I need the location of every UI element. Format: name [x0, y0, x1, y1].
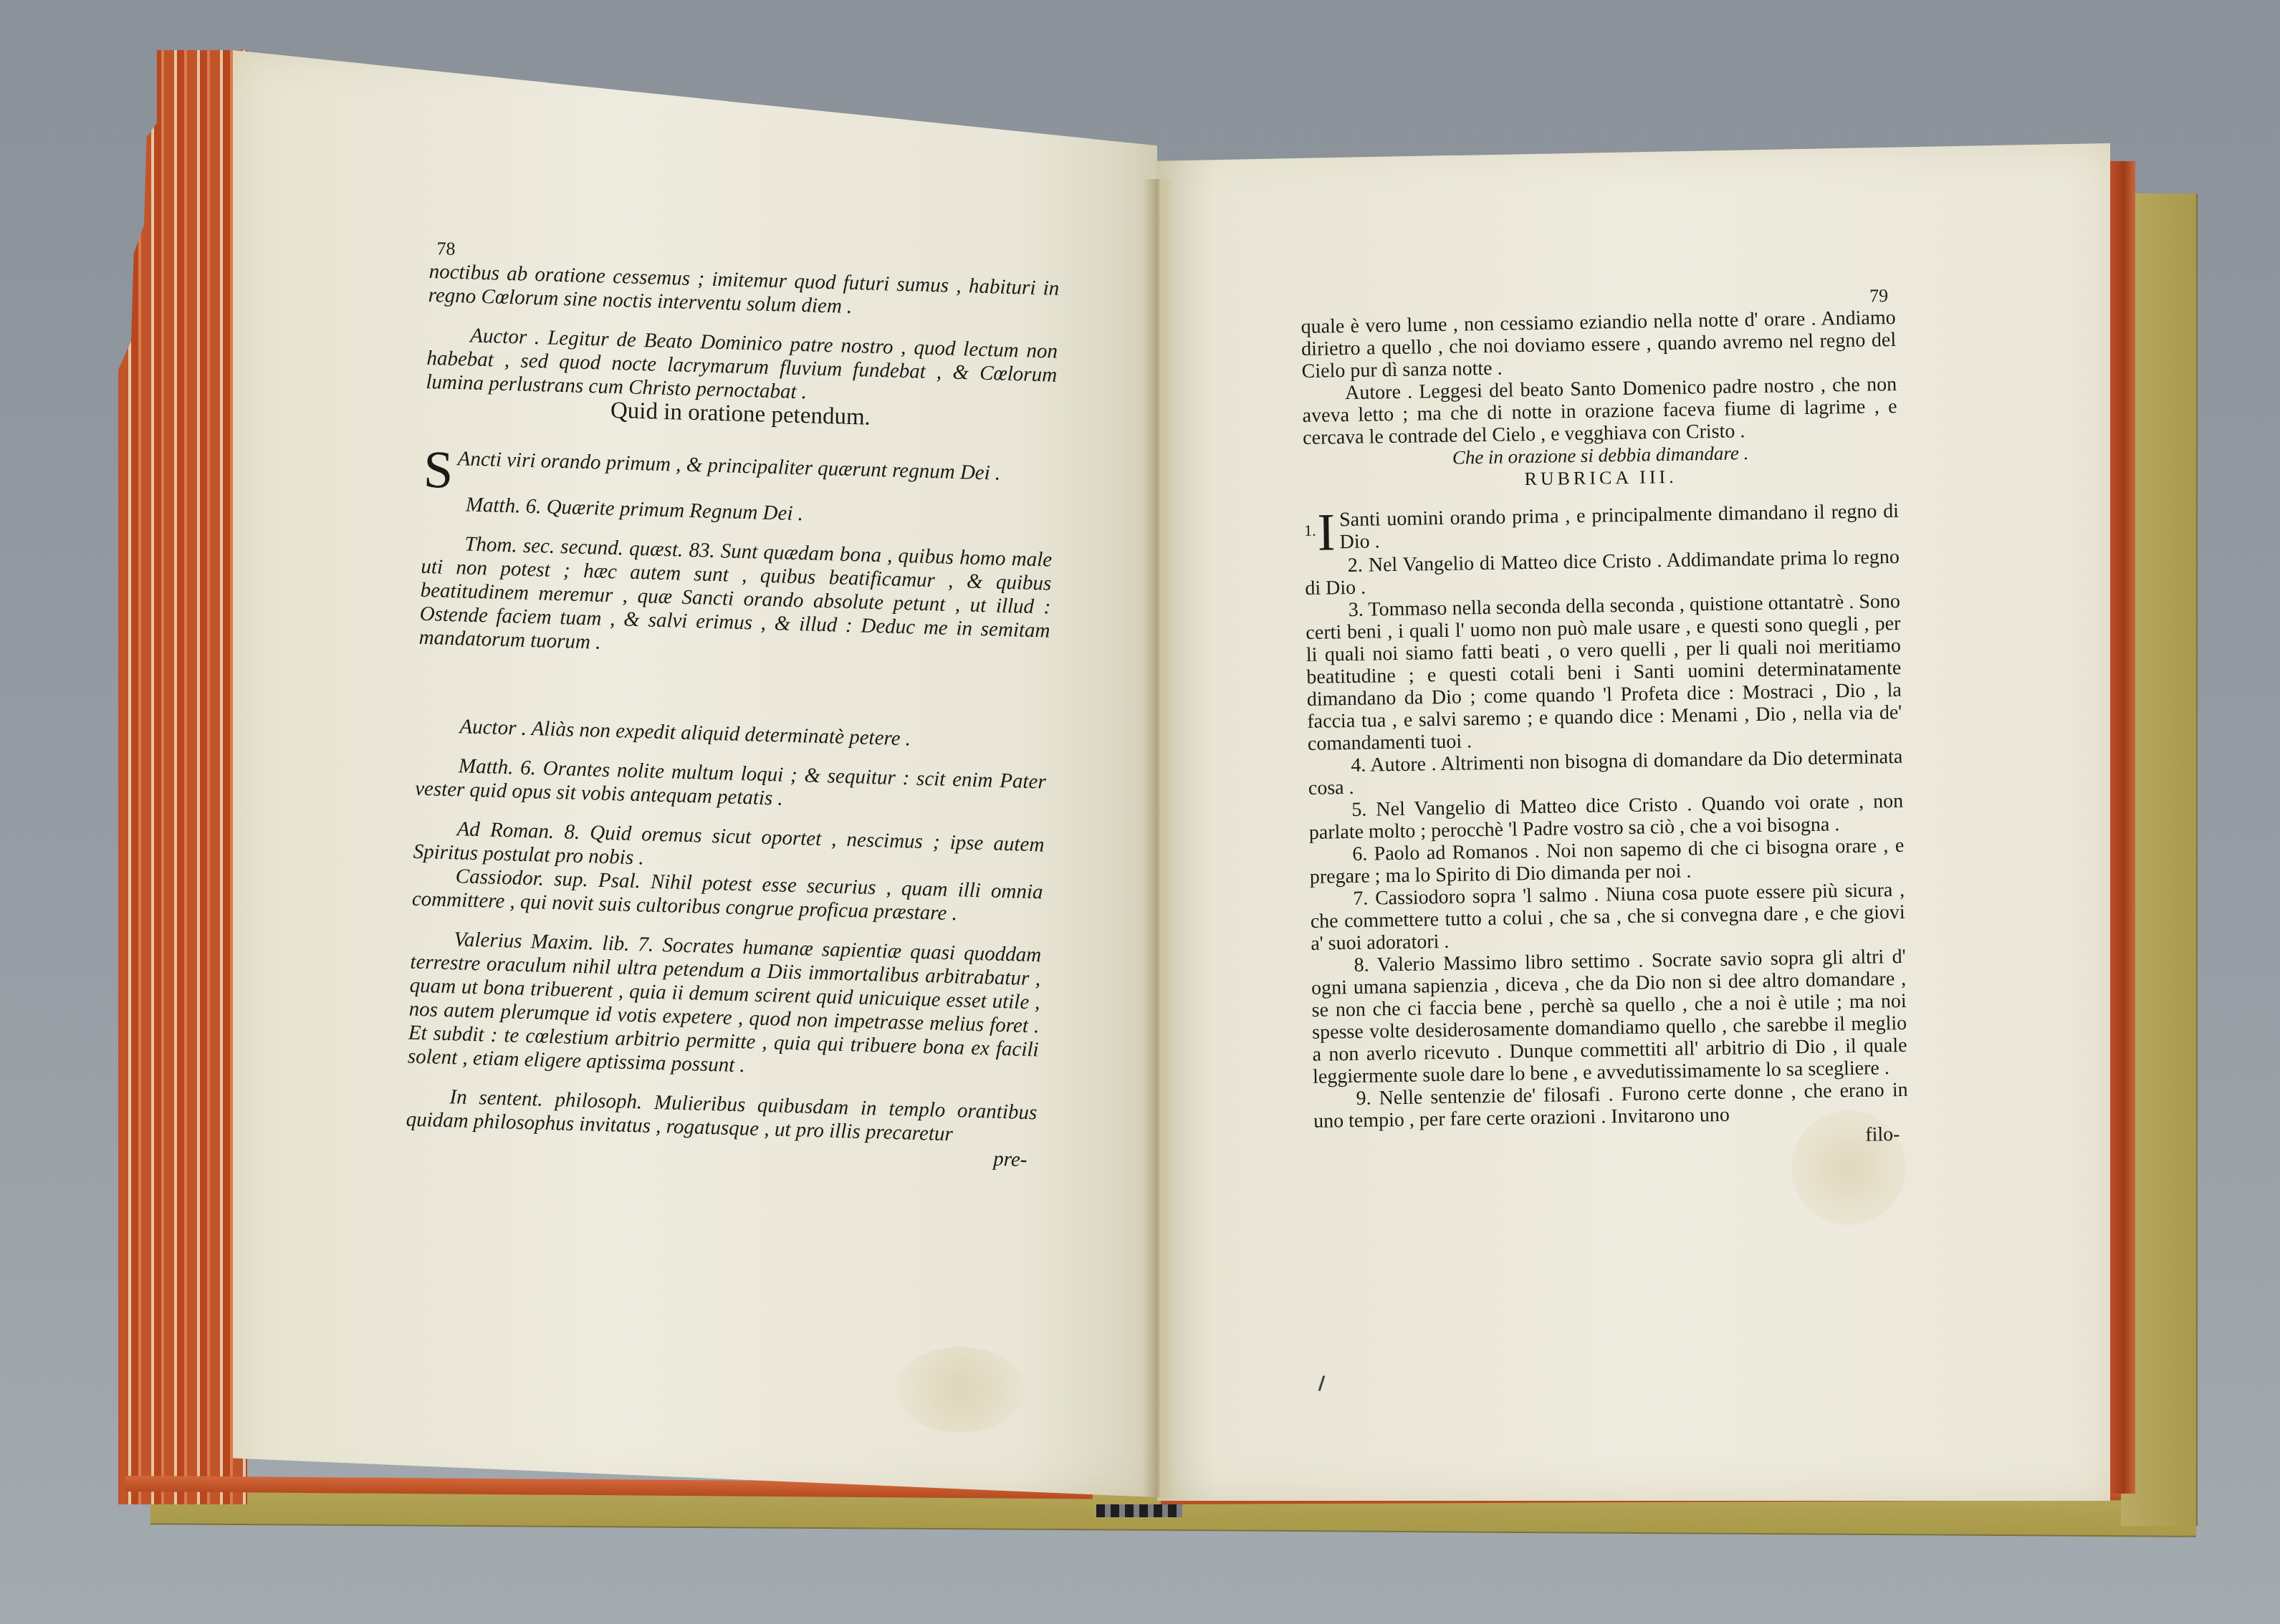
page-edges-left: [118, 50, 247, 1504]
book-gutter: [1143, 179, 1175, 1497]
paragraph: Autore . Leggesi del beato Santo Domenic…: [1302, 373, 1897, 449]
citation: Auctor . Aliàs non expedit aliquid deter…: [416, 714, 1048, 755]
citation: Valerius Maxim. lib. 7. Socrates humanæ …: [408, 927, 1042, 1086]
page-edges-right: [2107, 161, 2135, 1494]
spine-headband: [1096, 1504, 1182, 1517]
drop-cap: S: [423, 448, 454, 493]
citation: Matth. 6. Orantes nolite multum loqui ; …: [415, 754, 1046, 818]
foxing-stain: [896, 1347, 1025, 1433]
right-page-text: 79 quale è vero lume , non cessiamo ezia…: [1301, 284, 1909, 1155]
left-page-text: 78 noctibus ab oratione cessemus ; imite…: [405, 236, 1060, 1172]
citation: Thom. sec. secund. quæst. 83. Sunt quæda…: [418, 532, 1052, 667]
paragraph-number: 1.: [1304, 519, 1316, 542]
paragraph: quale è vero lume , non cessiamo eziandi…: [1301, 307, 1896, 383]
numbered-item: 3. Tommaso nella seconda della seconda ,…: [1306, 590, 1902, 755]
drop-cap: I: [1317, 510, 1336, 554]
numbered-item: 7. Cassiodoro sopra 'l salmo . Niuna cos…: [1310, 879, 1905, 955]
opening-text: Santi uomini orando prima , e principalm…: [1339, 500, 1900, 553]
opening-text: Ancti viri orando primum , & principalit…: [457, 447, 1000, 485]
numbered-item: 8. Valerio Massimo libro settimo . Socra…: [1311, 946, 1907, 1088]
open-book: 78 noctibus ab oratione cessemus ; imite…: [0, 0, 2280, 1624]
